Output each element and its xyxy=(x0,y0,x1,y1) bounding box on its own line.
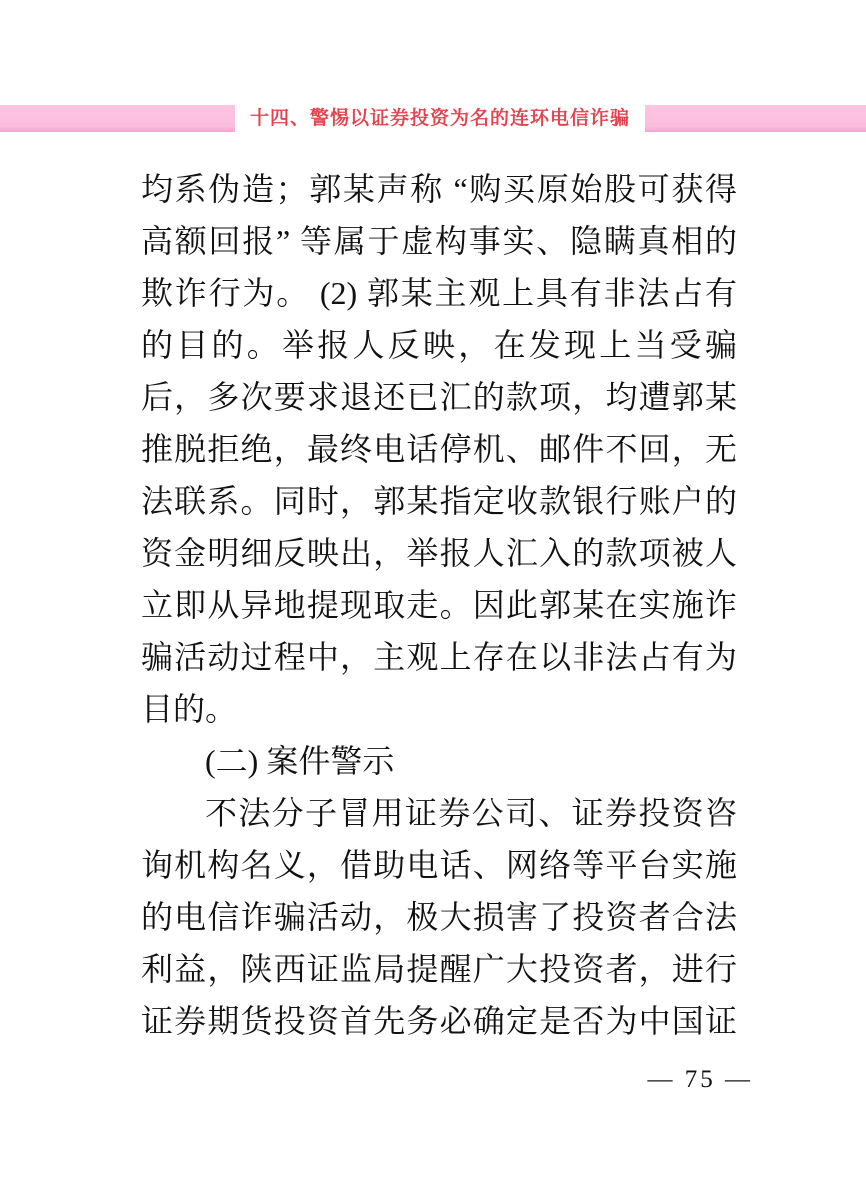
running-head: 十四、警惕以证券投资为名的连环电信诈骗 xyxy=(0,105,866,132)
text-line: 的电信诈骗活动，极大损害了投资者合法 xyxy=(141,891,737,943)
text-line: 资金明细反映出，举报人汇入的款项被人 xyxy=(141,527,737,579)
section-subheading: (二) 案件警示 xyxy=(141,735,737,787)
text-line: 后，多次要求退还已汇的款项，均遭郭某 xyxy=(141,371,737,423)
body-text-block: 均系伪造；郭某声称 “购买原始股可获得 高额回报” 等属于虚构事实、隐瞒真相的 … xyxy=(141,163,737,1047)
book-page: 十四、警惕以证券投资为名的连环电信诈骗 均系伪造；郭某声称 “购买原始股可获得 … xyxy=(0,0,866,1189)
text-line: 均系伪造；郭某声称 “购买原始股可获得 xyxy=(141,163,737,215)
text-line: 证券期货投资首先务必确定是否为中国证 xyxy=(141,995,737,1047)
page-number: — 75 — xyxy=(648,1066,754,1094)
header-decorative-bar-left xyxy=(0,105,235,132)
text-line: 欺诈行为。 (2) 郭某主观上具有非法占有 xyxy=(141,267,737,319)
text-line: 目的。 xyxy=(141,683,737,735)
text-line: 法联系。同时，郭某指定收款银行账户的 xyxy=(141,475,737,527)
text-line: 骗活动过程中，主观上存在以非法占有为 xyxy=(141,631,737,683)
text-line: 利益，陕西证监局提醒广大投资者，进行 xyxy=(141,943,737,995)
chapter-title: 十四、警惕以证券投资为名的连环电信诈骗 xyxy=(235,105,645,132)
text-line: 推脱拒绝，最终电话停机、邮件不回，无 xyxy=(141,423,737,475)
text-line: 询机构名义，借助电话、网络等平台实施 xyxy=(141,839,737,891)
text-line: 高额回报” 等属于虚构事实、隐瞒真相的 xyxy=(141,215,737,267)
header-decorative-bar-right xyxy=(645,105,866,132)
text-line: 不法分子冒用证券公司、证券投资咨 xyxy=(141,787,737,839)
text-line: 立即从异地提现取走。因此郭某在实施诈 xyxy=(141,579,737,631)
text-line: 的目的。举报人反映，在发现上当受骗 xyxy=(141,319,737,371)
